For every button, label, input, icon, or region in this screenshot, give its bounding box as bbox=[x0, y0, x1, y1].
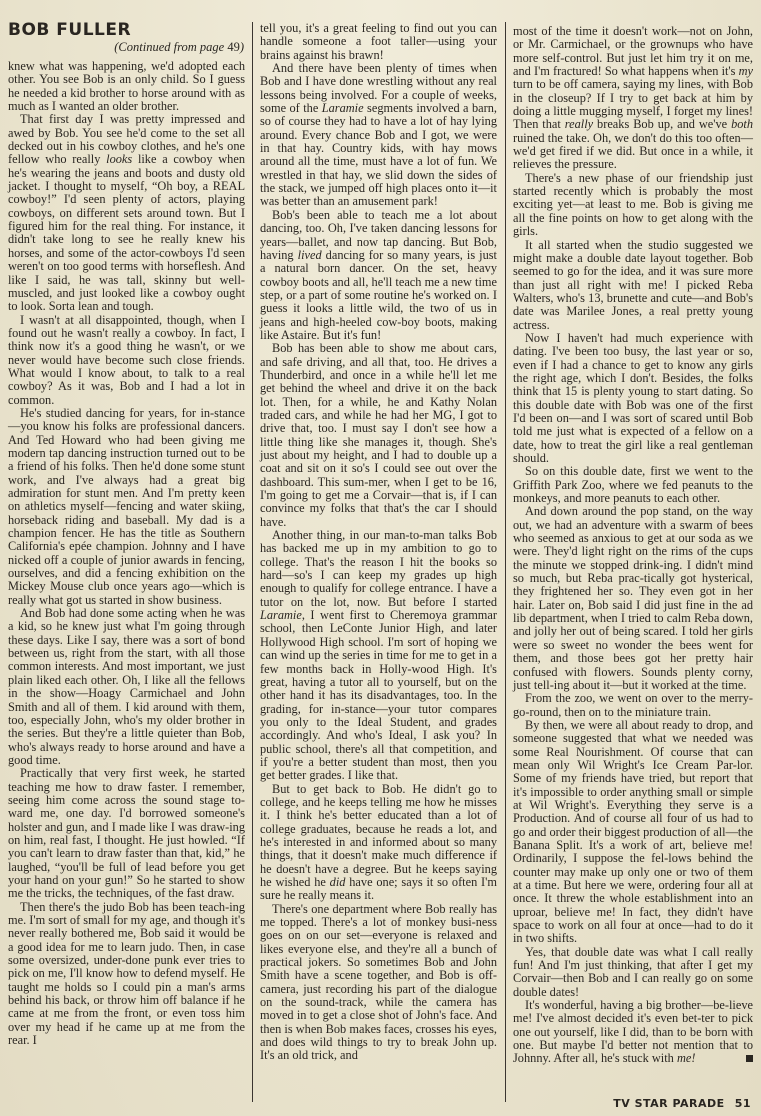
end-of-article-mark bbox=[746, 1055, 753, 1062]
page-number: 51 bbox=[735, 1097, 751, 1110]
paragraph: Another thing, in our man-to-man talks B… bbox=[260, 529, 497, 783]
text-column-3: most of the time it doesn't work—not on … bbox=[513, 25, 753, 1066]
continued-label: Continued from page bbox=[118, 40, 224, 54]
paragraph: Bob's been able to teach me a lot about … bbox=[260, 209, 497, 342]
article-title: BOB FULLER bbox=[8, 20, 131, 40]
magazine-name: TV STAR PARADE bbox=[613, 1097, 724, 1110]
paragraph: And there have been plenty of times when… bbox=[260, 62, 497, 209]
paragraph: most of the time it doesn't work—not on … bbox=[513, 25, 753, 172]
paragraph: Yes, that double date was what I call re… bbox=[513, 946, 753, 999]
paragraph: So on this double date, first we went to… bbox=[513, 465, 753, 505]
text-column-2: tell you, it's a great feeling to find o… bbox=[260, 22, 497, 1063]
column-divider bbox=[505, 22, 506, 1102]
paragraph: I wasn't at all disappointed, though, wh… bbox=[8, 314, 245, 407]
paragraph: And Bob had done some acting when he was… bbox=[8, 607, 245, 767]
continued-page: 49 bbox=[227, 40, 240, 54]
page-footer: TV STAR PARADE51 bbox=[613, 1097, 751, 1110]
paragraph: Now I haven't had much experience with d… bbox=[513, 332, 753, 465]
paragraph: And down around the pop stand, on the wa… bbox=[513, 505, 753, 692]
paragraph: Practically that very first week, he sta… bbox=[8, 767, 245, 900]
paragraph: It's wonderful, having a big brother—be-… bbox=[513, 999, 753, 1066]
paragraph: tell you, it's a great feeling to find o… bbox=[260, 22, 497, 62]
paragraph: Then there's the judo Bob has been teach… bbox=[8, 901, 245, 1048]
paragraph: He's studied dancing for years, for in-s… bbox=[8, 407, 245, 607]
magazine-page: BOB FULLER (Continued from page 49) knew… bbox=[0, 0, 761, 1116]
paragraph: That first day I was pretty impressed an… bbox=[8, 113, 245, 313]
paragraph: But to get back to Bob. He didn't go to … bbox=[260, 783, 497, 903]
text-column-1: knew what was happening, we'd adopted ea… bbox=[8, 60, 245, 1047]
paragraph: By then, we were all about ready to drop… bbox=[513, 719, 753, 946]
paragraph: From the zoo, we went on over to the mer… bbox=[513, 692, 753, 719]
column-divider bbox=[252, 22, 253, 1102]
paragraph: There's a new phase of our friendship ju… bbox=[513, 172, 753, 239]
paragraph: There's one department where Bob really … bbox=[260, 903, 497, 1063]
paragraph: Bob has been able to show me about cars,… bbox=[260, 342, 497, 529]
continued-note: (Continued from page 49) bbox=[100, 40, 244, 55]
paragraph: knew what was happening, we'd adopted ea… bbox=[8, 60, 245, 113]
paragraph: It all started when the studio suggested… bbox=[513, 239, 753, 332]
